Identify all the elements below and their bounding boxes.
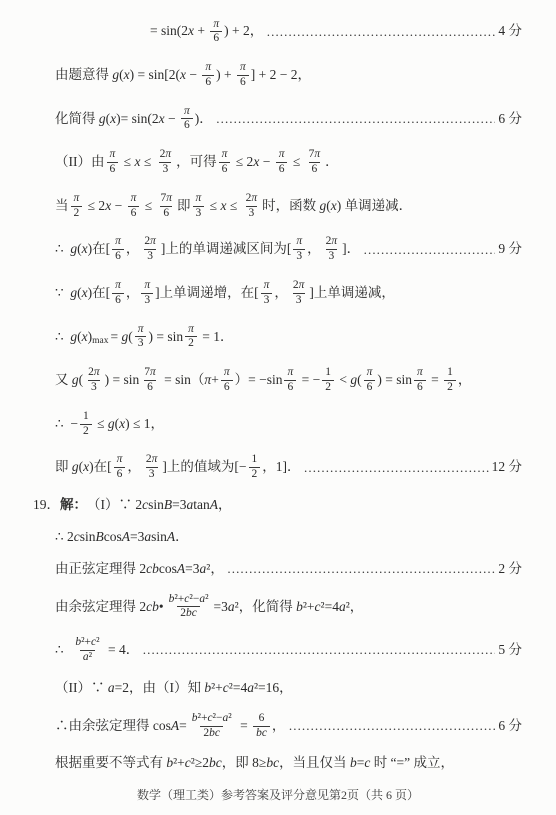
fraction: π2 [71,192,83,221]
fraction-numerator: π [112,279,124,293]
fraction: 12 [249,453,261,482]
math-line: （II）∵ a=2，由（I）知 b²+c²=4a²=16， [0,672,556,704]
fraction-denominator: 3 [146,467,158,482]
fraction: 7π6 [306,148,324,177]
math-run: b²+c²=4a²=16 [204,680,279,697]
fraction-denominator: 2bc [177,606,200,621]
fraction-numerator: 1 [249,453,261,467]
fraction: π6 [112,279,124,308]
fraction: 2π3 [157,148,175,177]
document-lines: = sin(2x + π6) + 2，………………………………………………………… [0,10,556,780]
fraction-denominator: 6 [202,75,214,90]
text-run: ，化简得 [239,599,296,616]
math-run: ) = sin [377,372,412,389]
text-run: ， [210,561,224,578]
math-run: ) + [216,67,235,84]
fraction-denominator: 6 [364,380,376,395]
fraction: 7π6 [158,192,176,221]
fraction: π6 [114,453,126,482]
fraction: π6 [128,192,140,221]
fraction-denominator: 6 [284,380,296,395]
fraction-numerator: π [237,61,249,75]
fraction-denominator: 6 [219,162,231,177]
math-run: g(x) [72,459,94,476]
math-run: ) = sin [105,372,140,389]
text-run: ， [218,497,232,514]
fraction-numerator: π [71,192,83,206]
fraction-numerator: b²+c² [72,636,102,650]
fraction-numerator: π [181,105,193,119]
fraction: 2π3 [290,279,308,308]
fraction-denominator: 3 [246,206,258,221]
score-label: 12 分 [492,459,522,476]
fraction: b²+c²−a²2bc [189,712,235,741]
fraction-numerator: π [114,453,126,467]
fraction: π6 [210,18,222,47]
fraction-numerator: π [284,366,296,380]
fraction: π6 [364,366,376,395]
fraction-denominator: 6 [237,75,249,90]
fraction: 12 [322,366,334,395]
fraction: 2π3 [243,192,261,221]
text-run: ． [220,329,234,346]
fraction: π6 [414,366,426,395]
fraction-numerator: 7π [158,192,176,206]
fraction-denominator: 6 [414,380,426,395]
fraction-denominator: 6 [309,162,321,177]
math-run: = 4 [105,642,126,659]
text-run: 即 [55,459,72,476]
dot-leader: …………………………………………………………………………………………………………… [304,460,489,476]
text-run: ， [307,241,321,258]
fraction: 2π3 [143,453,161,482]
fraction: 2π3 [141,235,159,264]
answer-sheet-page: = sin(2x + π6) + 2，………………………………………………………… [0,0,556,815]
fraction-numerator: 2π [85,366,103,380]
text-run: 时 “=” 成立， [370,755,454,772]
math-run: g(x)= sin(2x − [99,111,179,128]
fraction-numerator: π [112,235,124,249]
math-line: 由题意得 g(x) = sin[2(x − π6) + π6] + 2 − 2， [0,54,556,98]
text-run: （II）∵ [55,680,108,697]
math-line: 即 g(x)在[π6，2π3]上的值域为[−12，1]．………………………………… [0,446,556,490]
text-run: 19． [33,497,60,514]
math-run: ≤ x ≤ [120,154,154,171]
math-run: 2csinB=3atanA [135,497,218,514]
fraction-numerator: π [219,148,231,162]
fraction: 7π6 [141,366,159,395]
fraction-denominator: 3 [326,249,338,264]
math-run: ≤ x ≤ [206,198,240,215]
fraction-numerator: 7π [141,366,159,380]
fraction-denominator: 6 [128,206,140,221]
text-run: ， [126,241,140,258]
math-run: b=c [350,755,370,772]
text-run: ， [298,67,312,84]
text-run: ，1]． [262,459,300,476]
dot-leader: …………………………………………………………………………………………………………… [363,242,495,258]
fraction-denominator: 6 [114,467,126,482]
fraction-numerator: π [141,279,153,293]
fraction: 6bc [253,712,270,741]
text-run: ∴由余弦定理得 [55,718,153,735]
text-run: ． [126,642,140,659]
fraction: π6 [219,148,231,177]
fraction: π6 [284,366,296,395]
math-line: = sin(2x + π6) + 2，………………………………………………………… [0,10,556,54]
math-run: g(x) [70,285,92,302]
page-footer: 数学（理工类）参考答案及评分意见第2页（共 6 页） [0,780,556,815]
math-run: b²+c²≥2bc [166,755,221,772]
fraction-denominator: 3 [141,293,153,308]
math-run: < g( [336,372,362,389]
fraction: π6 [112,235,124,264]
fraction: π3 [135,323,147,352]
fraction-denominator: 3 [193,206,205,221]
score-label: 2 分 [498,561,522,578]
fraction-numerator: π [261,279,273,293]
fraction-denominator: 2 [71,206,83,221]
fraction-numerator: π [193,192,205,206]
fraction: π6 [107,148,119,177]
fraction-denominator: 6 [181,118,193,133]
text-run: 由正弦定理得 [55,561,139,578]
text-run: 在[ [92,241,110,258]
text-run: ， [127,459,141,476]
math-line: 又 g(2π3) = sin7π6 = sin（π+π6）= −sinπ6 = … [0,359,556,403]
text-run: ， [350,599,364,616]
text-run: ]上单调递增，在[ [155,285,259,302]
text-run: ， [272,718,286,735]
text-run: 即 [177,198,191,215]
text-run: ∴ − [55,416,78,433]
score-label: 9 分 [498,241,522,258]
fraction-numerator: π [364,366,376,380]
fraction: 12 [80,410,92,439]
text-run: ， [279,680,293,697]
text-run: ． [199,111,213,128]
text-run: ∴ [55,642,70,659]
text-run: ， [274,285,288,302]
math-run: a=2 [108,680,129,697]
fraction-denominator: 6 [160,206,172,221]
text-run: 在[ [94,459,112,476]
math-line: ∵ g(x)在[π6，π3]上单调递增，在[π3，2π3]上单调递减， [0,272,556,316]
math-line: ∴ 2csinBcosA=3asinA． [0,521,556,553]
math-line: 由余弦定理得 2cb•b²+c²−a²2bc=3a²，化简得 b²+c²=4a²… [0,585,556,629]
fraction-numerator: π [128,192,140,206]
fraction-denominator: 6 [144,380,156,395]
math-run: =3a² [214,599,239,616]
bold-text: 解： [60,497,87,514]
fraction-numerator: 6 [256,712,268,726]
dot-leader: …………………………………………………………………………………………………………… [288,718,495,734]
math-run: g(x) = sin[2(x − [112,67,200,84]
fraction-numerator: π [293,235,305,249]
fraction-denominator: 6 [276,162,288,177]
fraction-numerator: π [276,148,288,162]
math-line: 化简得 g(x)= sin(2x − π6)．……………………………………………… [0,97,556,141]
fraction-denominator: 3 [293,293,305,308]
dot-leader: …………………………………………………………………………………………………………… [216,111,496,127]
fraction-numerator: 7π [306,148,324,162]
fraction: b²+c²−a²2bc [166,593,212,622]
text-run: 由余弦定理得 [55,599,139,616]
fraction-numerator: 1 [444,366,456,380]
text-run: 单调递减． [341,198,412,215]
score-label: 4 分 [498,23,522,40]
fraction: π2 [185,323,197,352]
fraction-numerator: 2π [157,148,175,162]
text-run: ∴ [55,329,70,346]
dot-leader: …………………………………………………………………………………………………………… [227,561,496,577]
fraction: π3 [293,235,305,264]
math-run: cosA= [153,718,187,735]
math-run: = [428,372,442,389]
fraction-numerator: b²+c²−a² [166,593,212,607]
text-run: ，当且仅当 [279,755,350,772]
math-run: = sin(2x + [150,23,208,40]
fraction-numerator: π [210,18,222,32]
math-run: ≤ [289,154,303,171]
fraction-denominator: 6 [112,293,124,308]
score-label: 6 分 [498,111,522,128]
math-line: ∴ −12 ≤ g(x) ≤ 1， [0,402,556,446]
math-line: ∴ b²+c²a² = 4．……………………………………………………………………… [0,629,556,673]
math-run: 2csinBcosA=3asinA [67,529,175,546]
text-run: ∴ [55,241,70,258]
fraction: 2π3 [85,366,103,395]
fraction-numerator: 1 [80,410,92,424]
fraction: π3 [141,279,153,308]
fraction-denominator: 2 [249,467,261,482]
fraction-denominator: 3 [159,162,171,177]
fraction-denominator: 6 [221,380,233,395]
math-run: g( [72,372,83,389]
fraction-denominator: 3 [261,293,273,308]
text-run: （II）由 [55,154,105,171]
fraction-denominator: 3 [135,336,147,351]
math-run: 2cbcosA=3a² [139,561,210,578]
text-run: 由题意得 [55,67,112,84]
math-run: ）= −sin [235,372,283,389]
text-run: ， [151,416,165,433]
fraction: π6 [276,148,288,177]
math-run: ) + 2 [224,23,250,40]
math-line: ∴ g(x)在[π6，2π3]上的单调递减区间为[π3，2π3]．…………………… [0,228,556,272]
fraction: 2π3 [323,235,341,264]
fraction-numerator: 2π [290,279,308,293]
math-run: ) = sin [148,329,183,346]
math-line: 19．解：（I）∵ 2csinB=3atanA， [0,490,556,522]
fraction-denominator: 3 [88,380,100,395]
fraction-denominator: bc [253,726,270,741]
fraction: b²+c²a² [72,636,102,665]
fraction: π6 [181,105,193,134]
math-run: g(x) [70,241,92,258]
fraction-denominator: 6 [107,162,119,177]
math-run: = − [298,372,320,389]
subscript: max [92,336,108,348]
text-run: ，即 [222,755,252,772]
math-run: g(x) [320,198,342,215]
fraction-denominator: 2 [185,336,197,351]
text-run: ∴ [55,529,67,546]
fraction-numerator: 2π [141,235,159,249]
score-label: 6 分 [498,718,522,735]
text-run: ∵ [55,285,70,302]
fraction: π6 [202,61,214,90]
math-line: 当π2 ≤ 2x − π6 ≤ 7π6即π3 ≤ x ≤ 2π3时，函数 g(x… [0,184,556,228]
fraction-numerator: 1 [322,366,334,380]
fraction-numerator: b²+c²−a² [189,712,235,726]
fraction: π6 [237,61,249,90]
text-run: ]． [342,241,360,258]
fraction-denominator: 6 [210,31,222,46]
fraction-denominator: 6 [112,249,124,264]
text-run: 时，函数 [262,198,319,215]
fraction: 12 [444,366,456,395]
math-line: 由正弦定理得 2cbcosA=3a²，………………………………………………………… [0,553,556,585]
math-run: b²+c²=4a² [296,599,350,616]
fraction-numerator: π [221,366,233,380]
text-run: ]上的单调递减区间为[ [161,241,292,258]
text-run: 当 [55,198,69,215]
math-run: ≤ 2x − [232,154,273,171]
math-run: = g( [110,329,132,346]
fraction-numerator: 2π [323,235,341,249]
fraction-denominator: 2bc [200,726,223,741]
fraction-denominator: 2 [322,380,334,395]
score-label: 5 分 [498,642,522,659]
text-run: ，可得 [176,154,217,171]
math-run: ≤ g(x) ≤ 1 [94,416,151,433]
text-run: ， [458,372,472,389]
fraction: π3 [261,279,273,308]
math-line: 根据重要不等式有 b²+c²≥2bc，即 8≥bc，当且仅当 b=c 时 “=”… [0,748,556,780]
math-line: ∴由余弦定理得 cosA=b²+c²−a²2bc = 6bc，………………………… [0,704,556,748]
fraction-numerator: π [185,323,197,337]
math-run: ≤ 2x − [84,198,125,215]
math-run: ≤ [141,198,155,215]
math-line: （II）由π6 ≤ x ≤ 2π3，可得π6 ≤ 2x − π6 ≤ 7π6． [0,141,556,185]
fraction: π6 [221,366,233,395]
fraction-denominator: 2 [444,380,456,395]
text-run: ，由（I）知 [129,680,204,697]
text-run: 在[ [92,285,110,302]
fraction-numerator: π [202,61,214,75]
fraction-numerator: 2π [243,192,261,206]
text-run: ． [175,529,189,546]
fraction: π3 [193,192,205,221]
fraction-denominator: 2 [80,424,92,439]
fraction-numerator: π [414,366,426,380]
text-run: 化简得 [55,111,99,128]
dot-leader: …………………………………………………………………………………………………………… [142,642,495,658]
text-run: ， [126,285,140,302]
math-run: ] + 2 − 2 [251,67,298,84]
fraction-denominator: 3 [144,249,156,264]
text-run: ． [325,154,339,171]
fraction-denominator: a² [80,650,95,665]
fraction-denominator: 3 [293,249,305,264]
text-run: （I）∵ [87,497,135,514]
math-run: 2cb• [139,599,163,616]
text-run: 根据重要不等式有 [55,755,166,772]
text-run: ]上单调递减， [309,285,395,302]
math-run: = [237,718,251,735]
fraction-numerator: π [107,148,119,162]
text-run: ]上的值域为[− [162,459,246,476]
math-run: g(x) [70,329,92,346]
dot-leader: …………………………………………………………………………………………………………… [266,24,495,40]
text-run: 又 [55,372,72,389]
math-line: ∴ g(x)max= g(π3) = sinπ2 = 1． [0,315,556,359]
math-run: = sin（π+ [161,372,219,389]
fraction-numerator: π [135,323,147,337]
fraction-numerator: 2π [143,453,161,467]
math-run: = 1 [199,329,220,346]
text-run: ， [250,23,264,40]
math-run: 8≥bc [252,755,279,772]
